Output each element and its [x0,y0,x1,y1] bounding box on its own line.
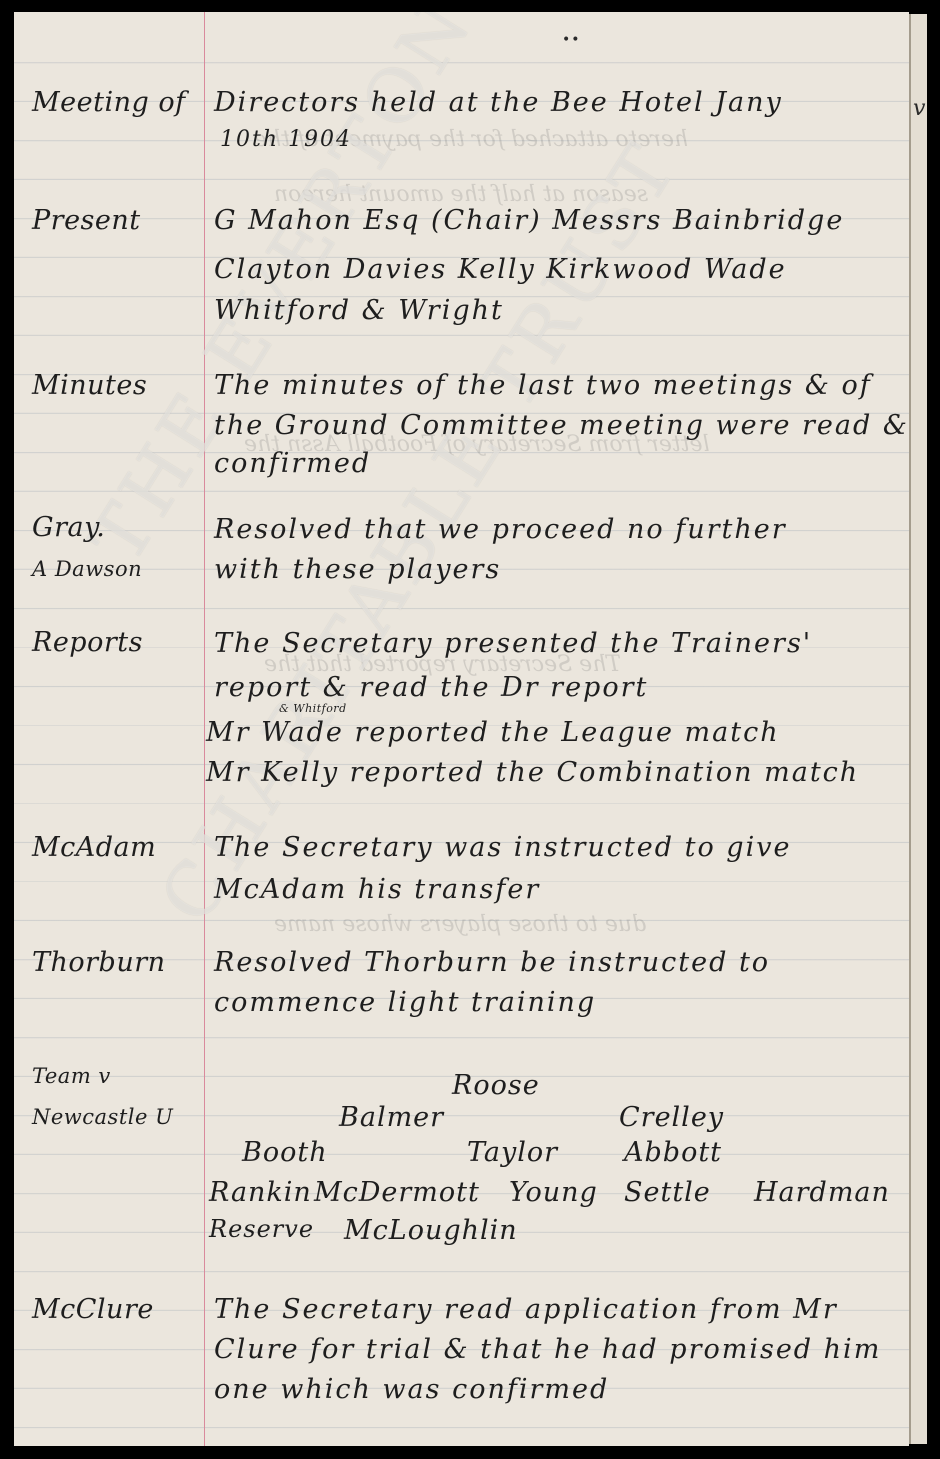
entry-text-reports-line-2: report & read the Dr report [214,672,648,703]
team-reserve-label: Reserve [209,1215,314,1243]
entry-label-meeting: Meeting of [32,87,186,118]
entry-text-gray-line-1: Resolved that we proceed no further [214,514,787,545]
interlinear-insert: & Whitford [279,702,347,715]
entry-text-gray-line-2: with these players [214,554,501,585]
entry-text-present-line-2: Clayton Davies Kelly Kirkwood Wade [214,254,787,285]
entry-text-thorburn-line-1: Resolved Thorburn be instructed to [214,947,770,978]
minute-book-page: •• hereto attached for the payment of th… [14,12,909,1446]
entry-text-reports-line-4: Mr Kelly reported the Combination match [206,757,859,788]
team-reserve: McLoughlin [344,1215,518,1246]
entry-text-minutes-line-3: confirmed [214,448,371,479]
entry-text-mcclure-line-2: Clure for trial & that he had promised h… [214,1334,881,1365]
team-back-1: Balmer [339,1102,444,1133]
bleed-through-text: season at half the amount hereon [274,182,648,207]
margin-rule-line [204,12,205,1446]
page-mark: •• [562,32,581,48]
team-half-back-2: Taylor [467,1137,558,1168]
team-forward-5: Hardman [754,1177,890,1208]
entry-text-minutes-line-1: The minutes of the last two meetings & o… [214,370,872,401]
entry-text-present-line-1: G Mahon Esq (Chair) Messrs Bainbridge [214,205,844,236]
entry-text-mcadam-line-1: The Secretary was instructed to give [214,832,791,863]
adjacent-page-text-fragment: v [913,96,925,121]
entry-label-reports: Reports [32,627,143,658]
entry-text-mcclure-line-3: one which was confirmed [214,1374,609,1405]
entry-label-gray: Gray. [32,512,105,543]
entry-text-minutes-line-2: the Ground Committee meeting were read & [214,410,909,441]
entry-text-meeting-date: 10th 1904 [220,127,352,152]
entry-label-dawson: A Dawson [32,557,142,581]
team-forward-2: McDermott [314,1177,480,1208]
entry-label-team: Team v [32,1064,111,1088]
team-half-back-1: Booth [242,1137,328,1168]
entry-label-mcclure: McClure [32,1294,154,1325]
entry-text-mcclure-line-1: The Secretary read application from Mr [214,1294,838,1325]
entry-text-mcadam-line-2: McAdam his transfer [214,874,540,905]
entry-label-mcadam: McAdam [32,832,156,863]
team-back-2: Crelley [619,1102,724,1133]
entry-text-thorburn-line-2: commence light training [214,987,596,1018]
team-forward-1: Rankin [209,1177,312,1208]
team-half-back-3: Abbott [624,1137,722,1168]
team-forward-3: Young [509,1177,598,1208]
team-forward-4: Settle [624,1177,711,1208]
entry-label-minutes: Minutes [32,370,147,401]
entry-text-reports-line-1: The Secretary presented the Trainers' [214,628,812,659]
entry-text-present-line-3: Whitford & Wright [214,295,504,326]
entry-label-newcastle: Newcastle U [32,1105,173,1129]
entry-label-thorburn: Thorburn [32,947,166,978]
entry-label-present: Present [32,205,141,236]
entry-text-meeting-line-1: Directors held at the Bee Hotel Jany [214,87,783,118]
adjacent-page-edge: v [909,14,927,1444]
team-goalkeeper: Roose [452,1070,540,1101]
bleed-through-text: due to those players whose name [274,912,646,937]
entry-text-reports-line-3: Mr Wade reported the League match [206,717,780,748]
